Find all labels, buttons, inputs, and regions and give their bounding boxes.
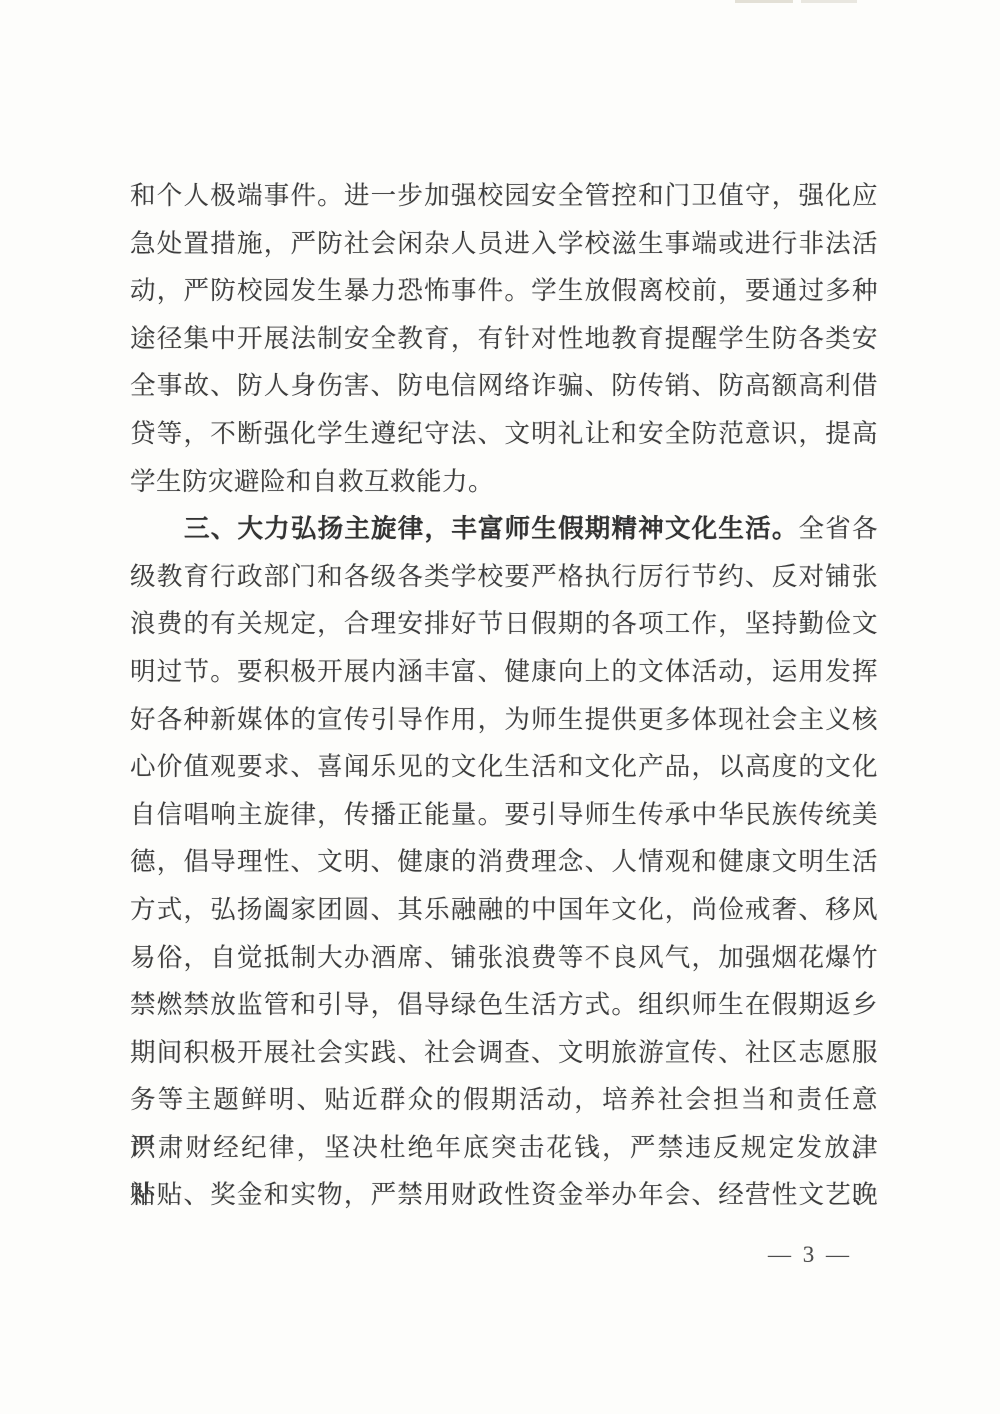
text-line: 禁燃禁放监管和引导，倡导绿色生活方式。组织师生在假期返乡 xyxy=(130,981,878,1029)
text-line: 自信唱响主旋律，传播正能量。要引导师生传承中华民族传统美 xyxy=(130,791,878,839)
text-line: 德，倡导理性、文明、健康的消费理念、人情观和健康文明生活 xyxy=(130,838,878,886)
text-line: 好各种新媒体的宣传引导作用，为师生提供更多体现社会主义核 xyxy=(130,696,878,744)
text-line: 务等主题鲜明、贴近群众的假期活动，培养社会担当和责任意识。 xyxy=(130,1076,878,1124)
text-line: 学生防灾避险和自救互救能力。 xyxy=(130,458,878,506)
section-heading: 三、大力弘扬主旋律，丰富师生假期精神文化生活。 xyxy=(184,515,799,543)
document-page: 和个人极端事件。进一步加强校园安全管控和门卫值守，强化应 急处置措施，严防社会闲… xyxy=(0,0,1000,1414)
text-line: 方式，弘扬阖家团圆、其乐融融的中国年文化，尚俭戒奢、移风 xyxy=(130,886,878,934)
section-heading-line: 三、大力弘扬主旋律，丰富师生假期精神文化生活。全省各 xyxy=(130,505,878,553)
text-line: 严肃财经纪律，坚决杜绝年底突击花钱，严禁违反规定发放津贴、 xyxy=(130,1124,878,1172)
document-body: 和个人极端事件。进一步加强校园安全管控和门卫值守，强化应 急处置措施，严防社会闲… xyxy=(130,172,878,1219)
text-line: 级教育行政部门和各级各类学校要严格执行厉行节约、反对铺张 xyxy=(130,553,878,601)
scan-artifact-icon xyxy=(801,0,857,3)
text-line: 心价值观要求、喜闻乐见的文化生活和文化产品，以高度的文化 xyxy=(130,743,878,791)
text-line: 易俗，自觉抵制大办酒席、铺张浪费等不良风气，加强烟花爆竹 xyxy=(130,934,878,982)
text-line: 补贴、奖金和实物，严禁用财政性资金举办年会、经营性文艺晚 xyxy=(130,1171,878,1219)
text-line: 动，严防校园发生暴力恐怖事件。学生放假离校前，要通过多种 xyxy=(130,267,878,315)
text-line: 浪费的有关规定，合理安排好节日假期的各项工作，坚持勤俭文 xyxy=(130,600,878,648)
text-line: 期间积极开展社会实践、社会调查、文明旅游宣传、社区志愿服 xyxy=(130,1029,878,1077)
scan-artifact-icon xyxy=(735,0,793,3)
section-heading-tail: 全省各 xyxy=(799,514,878,543)
text-line: 和个人极端事件。进一步加强校园安全管控和门卫值守，强化应 xyxy=(130,172,878,220)
page-number: — 3 — xyxy=(710,1240,910,1270)
text-line: 贷等，不断强化学生遵纪守法、文明礼让和安全防范意识，提高 xyxy=(130,410,878,458)
text-line: 急处置措施，严防社会闲杂人员进入学校滋生事端或进行非法活 xyxy=(130,220,878,268)
text-line: 全事故、防人身伤害、防电信网络诈骗、防传销、防高额高利借 xyxy=(130,362,878,410)
text-line: 途径集中开展法制安全教育，有针对性地教育提醒学生防各类安 xyxy=(130,315,878,363)
text-line: 明过节。要积极开展内涵丰富、健康向上的文体活动，运用发挥 xyxy=(130,648,878,696)
